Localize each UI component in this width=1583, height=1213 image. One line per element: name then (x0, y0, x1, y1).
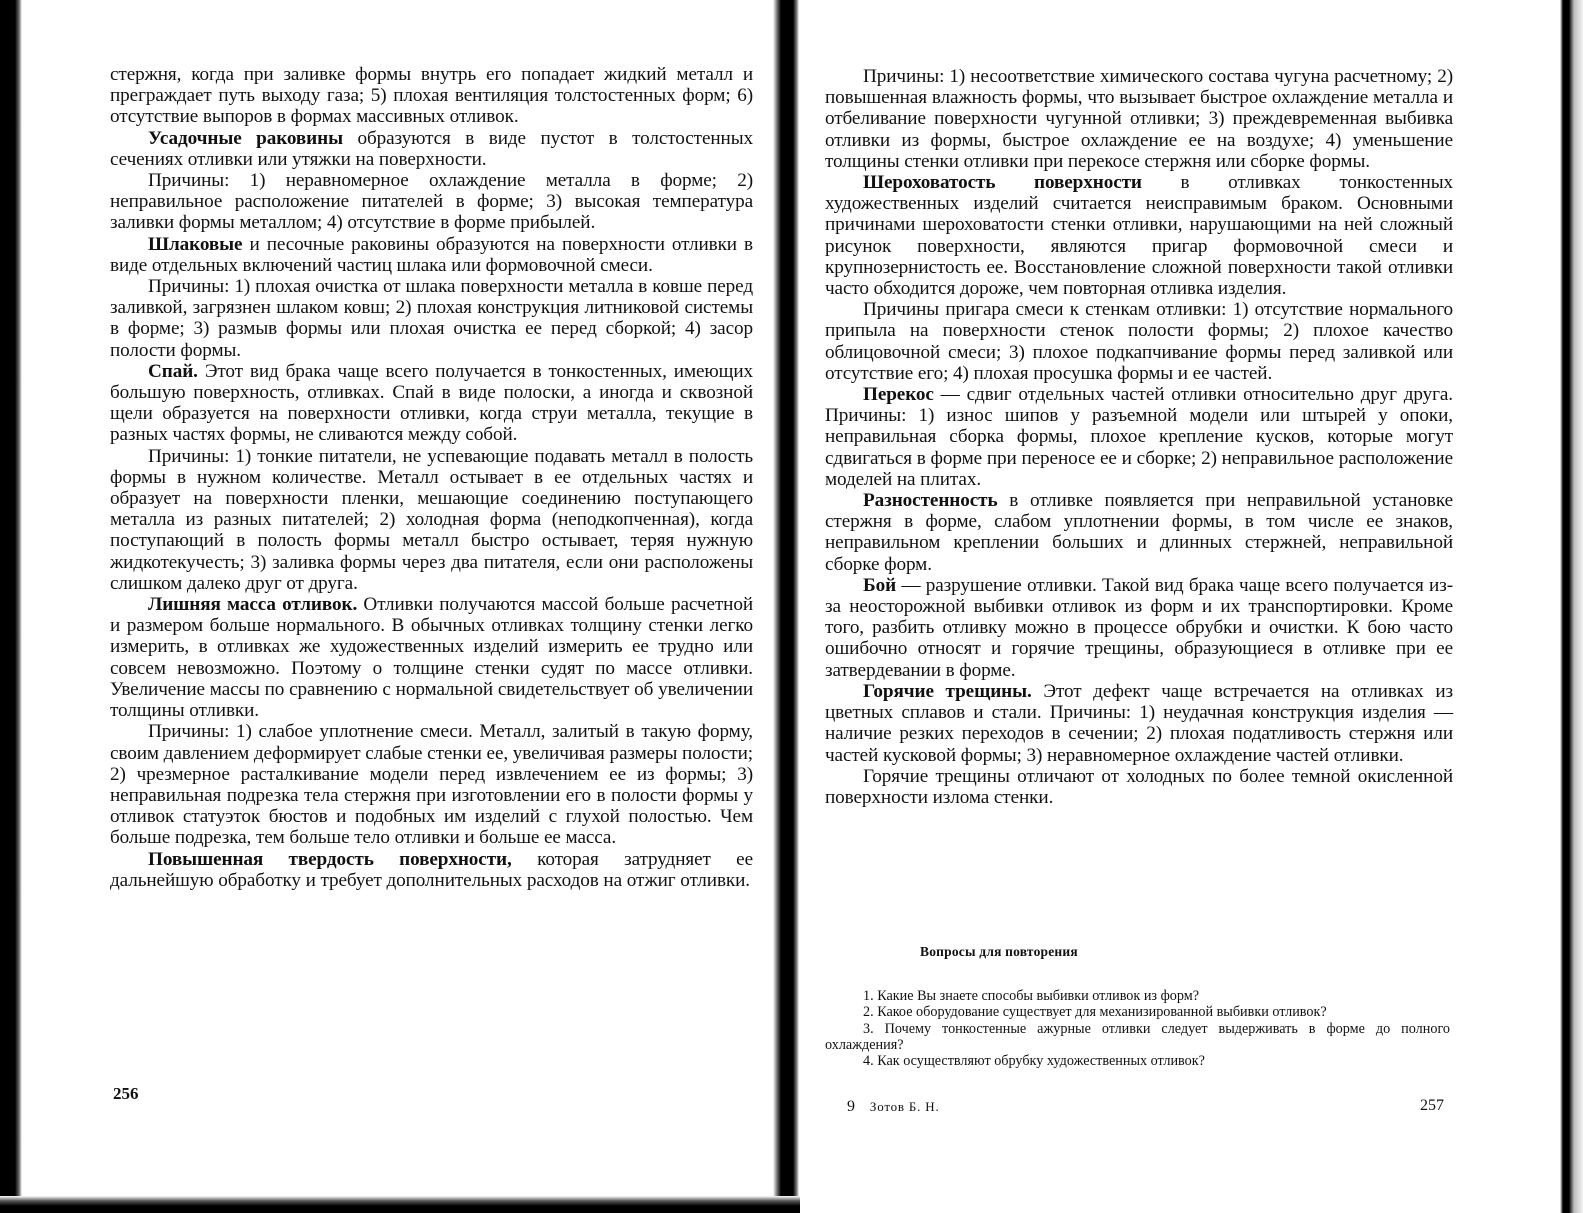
paragraph-misalignment: Перекос — сдвиг отдельных частей отливки… (825, 384, 1453, 490)
paragraph-slag-cavities: Шлаковые и песочные раковины образуются … (110, 234, 753, 276)
paragraph: Причины: 1) тонкие питатели, не успевающ… (110, 446, 753, 594)
paragraph-surface-roughness: Шероховатость поверхности в отливках тон… (825, 172, 1453, 299)
paragraph-excess-mass: Лишняя масса отливок. Отливки получаются… (110, 594, 753, 721)
right-page: Причины: 1) несоответствие химического с… (825, 0, 1453, 808)
left-page-body: стержня, когда при заливке формы внутрь … (110, 0, 753, 891)
question-item: 3. Почему тонкостенные ажурные отливки с… (825, 1021, 1450, 1054)
paragraph: Причины: 1) несоответствие химического с… (825, 66, 1453, 172)
term-heading: Перекос (863, 384, 934, 405)
signature-author: Зотов Б. Н. (870, 1099, 940, 1114)
term-heading: Бой (863, 575, 896, 596)
paragraph: Причины: 1) плохая очистка от шлака пове… (110, 276, 753, 361)
paragraph-cold-shut: Спай. Этот вид брака чаще всего получает… (110, 361, 753, 446)
term-heading: Спай. (148, 361, 198, 382)
paragraph: Причины: 1) неравномерное охлаждение мет… (110, 170, 753, 234)
review-questions-list: 1. Какие Вы знаете способы выбивки отлив… (825, 988, 1450, 1069)
paragraph: Горячие трещины отличают от холодных по … (825, 766, 1453, 808)
paragraph-hot-cracks: Горячие трещины. Этот дефект чаще встреч… (825, 681, 1453, 766)
signature-number: 9 (847, 1098, 856, 1115)
scan-bottom-edge (0, 1196, 800, 1213)
term-heading: Разностенность (863, 490, 998, 511)
question-item: 4. Как осуществляют обрубку художественн… (825, 1053, 1450, 1069)
page-number-left: 256 (113, 1084, 139, 1104)
book-gutter (773, 0, 799, 1213)
term-heading: Лишняя масса отливок. (148, 594, 357, 615)
term-heading: Горячие трещины. (863, 681, 1032, 702)
paragraph: Причины пригара смеси к стенкам отливки:… (825, 299, 1453, 384)
page-number-right: 257 (1420, 1097, 1444, 1115)
paragraph-uneven-wall: Разностенность в отливке появляется при … (825, 490, 1453, 575)
paragraph-shrinkage-cavities: Усадочные раковины образуются в виде пус… (110, 128, 753, 170)
term-heading: Шероховатость поверхности (863, 172, 1142, 193)
paragraph: Причины: 1) слабое уплотнение смеси. Мет… (110, 721, 753, 848)
right-page-body: Причины: 1) несоответствие химического с… (825, 0, 1453, 808)
paragraph-surface-hardness: Повышенная твердость поверхности, котора… (110, 849, 753, 891)
paragraph-breakage: Бой — разрушение отливки. Такой вид брак… (825, 575, 1453, 681)
paragraph: стержня, когда при заливке формы внутрь … (110, 64, 753, 128)
term-heading: Повышенная твердость поверхности, (148, 849, 512, 870)
scan-left-edge (0, 0, 22, 1213)
term-heading: Усадочные раковины (148, 128, 343, 149)
scan-right-edge (1560, 0, 1583, 1213)
printer-signature: 9 Зотов Б. Н. (847, 1098, 940, 1116)
term-heading: Шлаковые (148, 234, 242, 255)
left-page: стержня, когда при заливке формы внутрь … (110, 0, 753, 891)
question-item: 1. Какие Вы знаете способы выбивки отлив… (825, 988, 1450, 1004)
question-item: 2. Какое оборудование существует для мех… (825, 1004, 1450, 1020)
review-questions-heading: Вопросы для повторения (920, 944, 1078, 960)
